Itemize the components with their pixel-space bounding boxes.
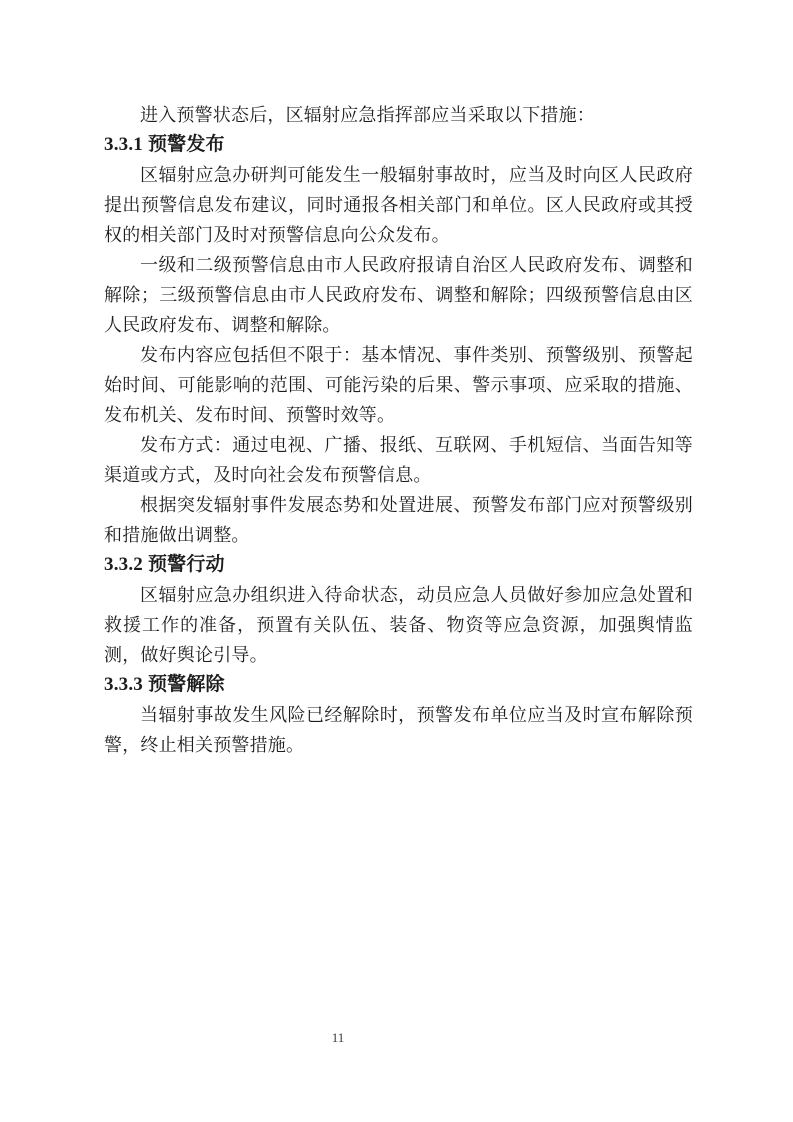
body-paragraph: 一级和二级预警信息由市人民政府报请自治区人民政府发布、调整和解除；三级预警信息由…: [104, 250, 693, 340]
section-heading-3-3-2: 3.3.2 预警行动: [104, 550, 693, 580]
body-paragraph: 区辐射应急办研判可能发生一般辐射事故时，应当及时向区人民政府提出预警信息发布建议…: [104, 160, 693, 250]
body-paragraph: 区辐射应急办组织进入待命状态，动员应急人员做好参加应急处置和救援工作的准备，预置…: [104, 580, 693, 670]
document-page: 进入预警状态后，区辐射应急指挥部应当采取以下措施： 3.3.1 预警发布 区辐射…: [0, 0, 793, 1122]
section-heading-3-3-3: 3.3.3 预警解除: [104, 670, 693, 700]
intro-paragraph: 进入预警状态后，区辐射应急指挥部应当采取以下措施：: [104, 100, 693, 130]
page-number: 11: [298, 1030, 378, 1046]
body-paragraph: 发布内容应包括但不限于：基本情况、事件类别、预警级别、预警起始时间、可能影响的范…: [104, 340, 693, 430]
body-paragraph: 发布方式：通过电视、广播、报纸、互联网、手机短信、当面告知等渠道或方式，及时向社…: [104, 430, 693, 490]
body-paragraph: 当辐射事故发生风险已经解除时，预警发布单位应当及时宣布解除预警，终止相关预警措施…: [104, 700, 693, 760]
section-heading-3-3-1: 3.3.1 预警发布: [104, 130, 693, 160]
body-paragraph: 根据突发辐射事件发展态势和处置进展、预警发布部门应对预警级别和措施做出调整。: [104, 490, 693, 550]
document-body: 进入预警状态后，区辐射应急指挥部应当采取以下措施： 3.3.1 预警发布 区辐射…: [104, 100, 693, 760]
